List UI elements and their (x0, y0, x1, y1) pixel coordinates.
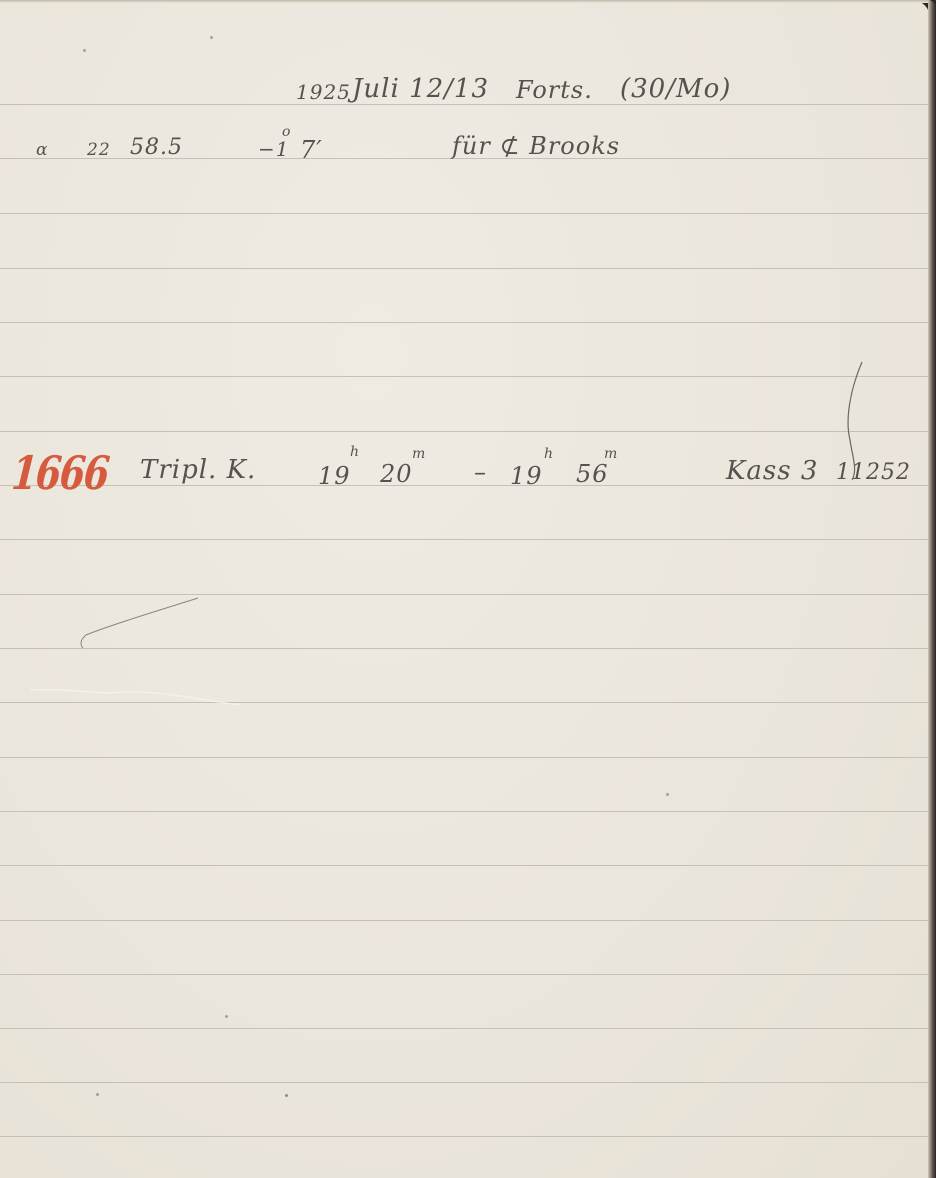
paper-speck (96, 1093, 99, 1096)
notebook-page: 1925 Juli 12/13 Forts. (30/Mo) α 22 58.5… (0, 0, 930, 1178)
paper-speck (285, 1094, 288, 1097)
paper-speck (225, 1015, 228, 1018)
paper-speck (666, 793, 669, 796)
paper-speck (210, 36, 213, 39)
pencil-strokes (0, 0, 930, 1178)
paper-speck (83, 49, 86, 52)
page-right-edge (928, 0, 936, 1178)
